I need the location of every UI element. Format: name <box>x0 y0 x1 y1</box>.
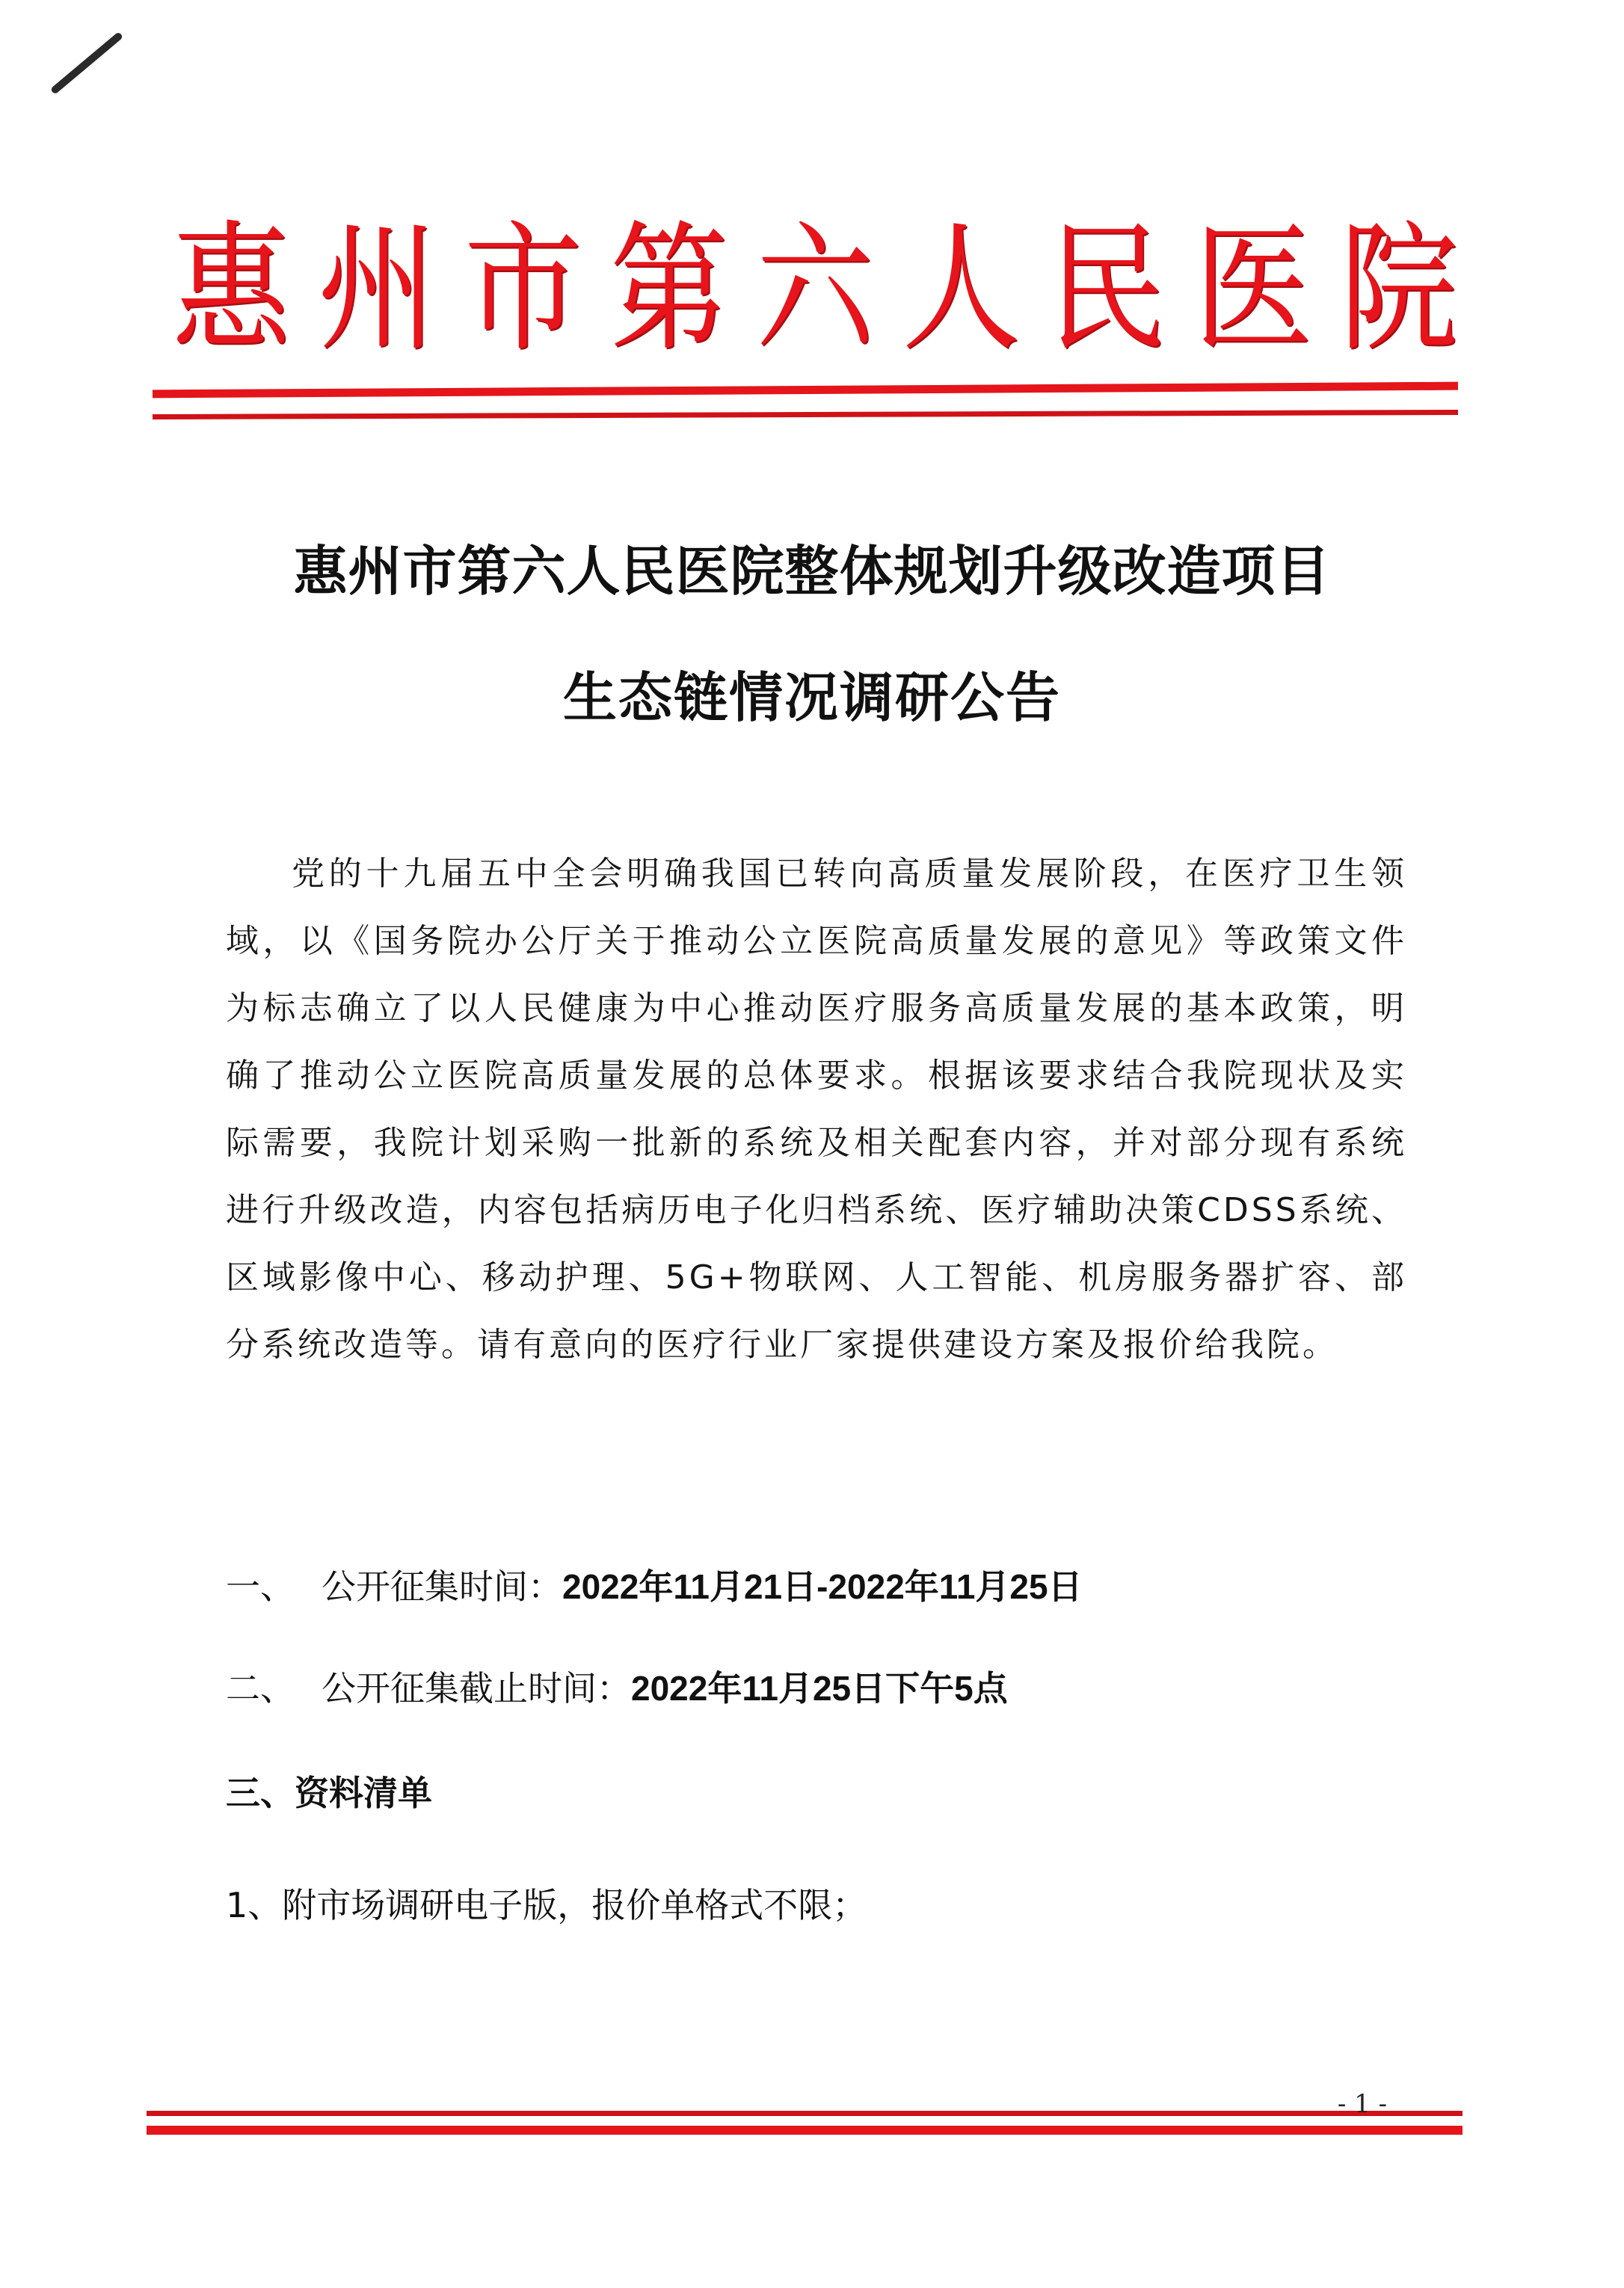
section-materials-list: 三、资料清单 <box>226 1766 432 1815</box>
body-paragraph: 党的十九届五中全会明确我国已转向高质量发展阶段，在医疗卫生领域，以《国务院办公厅… <box>226 840 1407 1379</box>
section-label: 资料清单 <box>295 1773 432 1813</box>
section-value: 2022年11月21日-2022年11月25日 <box>562 1567 1083 1606</box>
list-item: 1、附市场调研电子版，报价单格式不限； <box>226 1878 867 1928</box>
letterhead-char: 民 <box>1048 206 1166 373</box>
document-page: 惠 州 市 第 六 人 民 医 院 惠州市第六人民医院整体规划升级改造项目 生态… <box>0 0 1624 2288</box>
letterhead-char: 院 <box>1340 206 1458 373</box>
footer-rule-thin <box>147 2111 1462 2116</box>
document-title-line-1: 惠州市第六人民医院整体规划升级改造项目 <box>0 528 1624 606</box>
section-number: 一、 <box>226 1560 322 1609</box>
letterhead-hospital-name: 惠 州 市 第 六 人 民 医 院 <box>172 218 1458 360</box>
section-value: 2022年11月25日下午5点 <box>631 1669 1008 1708</box>
letterhead-char: 医 <box>1194 206 1312 373</box>
letterhead-char: 惠 <box>172 206 290 373</box>
letterhead-char: 六 <box>756 206 874 373</box>
pen-mark <box>50 31 123 95</box>
letterhead-rule-thin <box>153 410 1458 419</box>
letterhead-char: 州 <box>318 206 436 373</box>
letterhead-rule-thick <box>153 382 1458 399</box>
section-collection-period: 一、公开征集时间：2022年11月21日-2022年11月25日 <box>226 1560 1083 1609</box>
letterhead-char: 第 <box>610 206 728 373</box>
page-number: - 1 - <box>1314 2089 1411 2119</box>
section-label: 公开征集截止时间： <box>322 1668 631 1709</box>
section-collection-deadline: 二、公开征集截止时间：2022年11月25日下午5点 <box>226 1661 1008 1711</box>
list-item-number: 1、 <box>226 1878 282 1928</box>
section-label: 公开征集时间： <box>322 1566 562 1607</box>
list-item-text: 附市场调研电子版，报价单格式不限； <box>282 1885 867 1925</box>
letterhead-char: 人 <box>902 206 1020 373</box>
document-title-line-2: 生态链情况调研公告 <box>0 654 1624 732</box>
section-number: 二、 <box>226 1661 322 1711</box>
footer-rule-thick <box>147 2126 1462 2135</box>
letterhead-char: 市 <box>464 206 582 373</box>
section-number: 三、 <box>226 1766 295 1815</box>
